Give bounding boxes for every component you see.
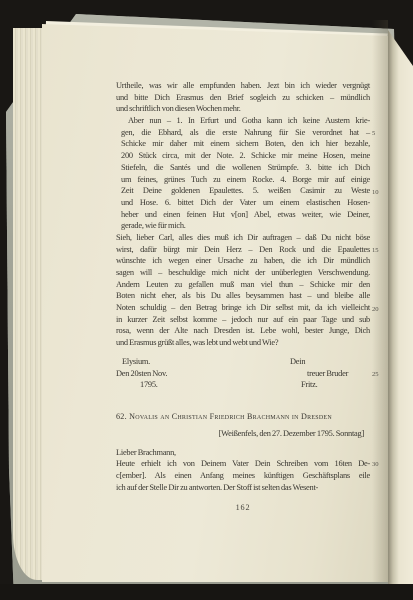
margin-line-number: 5 (372, 128, 386, 140)
letter-line: heber und einen feinen Hut v[on] Abel, e… (121, 209, 370, 221)
letter-line: Andern Leuten zu gefallen muß man viel t… (116, 279, 370, 291)
letter-line: Boten nicht eher, als bis Du alles beysa… (116, 290, 370, 302)
letter-line: in kurzer Zeit selbst komme – jedoch nur… (116, 314, 370, 326)
signature-row: Den 20sten Nov. treuer Bruder 25 (116, 368, 370, 380)
letter-heading-title: Novalis an Christian Friedrich Brachmann… (129, 412, 332, 421)
letter-line: und bitte Dich Erasmus den Brief sogleic… (116, 92, 370, 104)
backdrop-bottom (0, 584, 413, 600)
margin-line-number: 15 (372, 245, 386, 257)
letter-line: und schriftlich von diesen Wochen mehr. (116, 103, 370, 115)
letter-line: wirst, dafür bürgt mir Dein Herz – Den R… (116, 244, 370, 256)
letter-line: sagen will – beschuldige mich nicht der … (116, 267, 370, 279)
letter-line: Zeit Deine goldenen Epaulettes. 5. weiße… (121, 185, 370, 197)
letter-line: gerade, wie für mich. (121, 220, 370, 232)
letter-line: 200 Stück circa, mit der Note. 2. Schick… (121, 150, 370, 162)
letter-line: Sieh, lieber Carl, alles dies muß ich Di… (116, 232, 370, 244)
signature-name: Fritz. (301, 379, 317, 391)
spacer (116, 349, 370, 356)
letter-line: Heute erhielt ich von Deinem Vater Dein … (116, 458, 370, 470)
signature-closing: Dein (290, 356, 305, 368)
letter-line: c[ember]. Als einen Anfang meines künfti… (116, 470, 370, 482)
letter-line: wünschte ich wegen einer Ursache zu habe… (116, 255, 370, 267)
letter-number: 62. (116, 412, 127, 421)
letter-line: Schicke mir daher mit einem sichern Bote… (121, 138, 370, 150)
gutter-shadow (372, 20, 388, 582)
letter-dateline: [Weißenfels, den 27. Dezember 1795. Sonn… (116, 428, 370, 440)
letter-line: Stiefeln, die Santés und die wollenen St… (121, 162, 370, 174)
signature-date: Den 20sten Nov. (116, 368, 167, 380)
margin-line-number: 10 (372, 187, 386, 199)
letter-line: Aber nun – 1. In Erfurt und Gotha kann i… (121, 115, 370, 127)
letter-salutation: Lieber Brachmann, (116, 447, 370, 458)
letter-heading: 62. Novalis an Christian Friedrich Brach… (116, 411, 370, 423)
signature-row: 1795. Fritz. (116, 379, 370, 391)
signature-row: Elysium. Dein (116, 356, 370, 368)
signature-role: treuer Bruder (307, 368, 348, 380)
margin-line-number: 25 (372, 369, 386, 381)
letter-line: rosa, wenn der Alte nach Dresden ist. Le… (116, 325, 370, 337)
letter-line: Urtheile, was wir alle empfunden haben. … (116, 80, 370, 92)
opposite-page-edge (388, 22, 413, 588)
letter-line: und Erasmus grüßt alles, was lebt und we… (116, 337, 370, 349)
letter-line: um feines, grünes Tuch zu einem Rocke. 4… (121, 174, 370, 186)
signature-year: 1795. (140, 379, 158, 391)
page-text-block: Urtheile, was wir alle empfunden haben. … (116, 80, 370, 512)
letter-line: ich auf der Stelle Dir zu antworten. Der… (116, 482, 370, 494)
signature-place: Elysium. (122, 356, 150, 368)
margin-line-number: 30 (372, 459, 386, 471)
page-number: 162 (116, 503, 370, 512)
book-scan-photo: Urtheile, was wir alle empfunden haben. … (0, 0, 413, 600)
letter-line: Noten schuldig – den Betrag bringe ich D… (116, 302, 370, 314)
letter-line: gen, die Ebhard, als die erste Nahrung f… (121, 127, 370, 139)
margin-line-number: 20 (372, 304, 386, 316)
letter-line: und Hose. 6. bittet Dich der Vater um ei… (121, 197, 370, 209)
